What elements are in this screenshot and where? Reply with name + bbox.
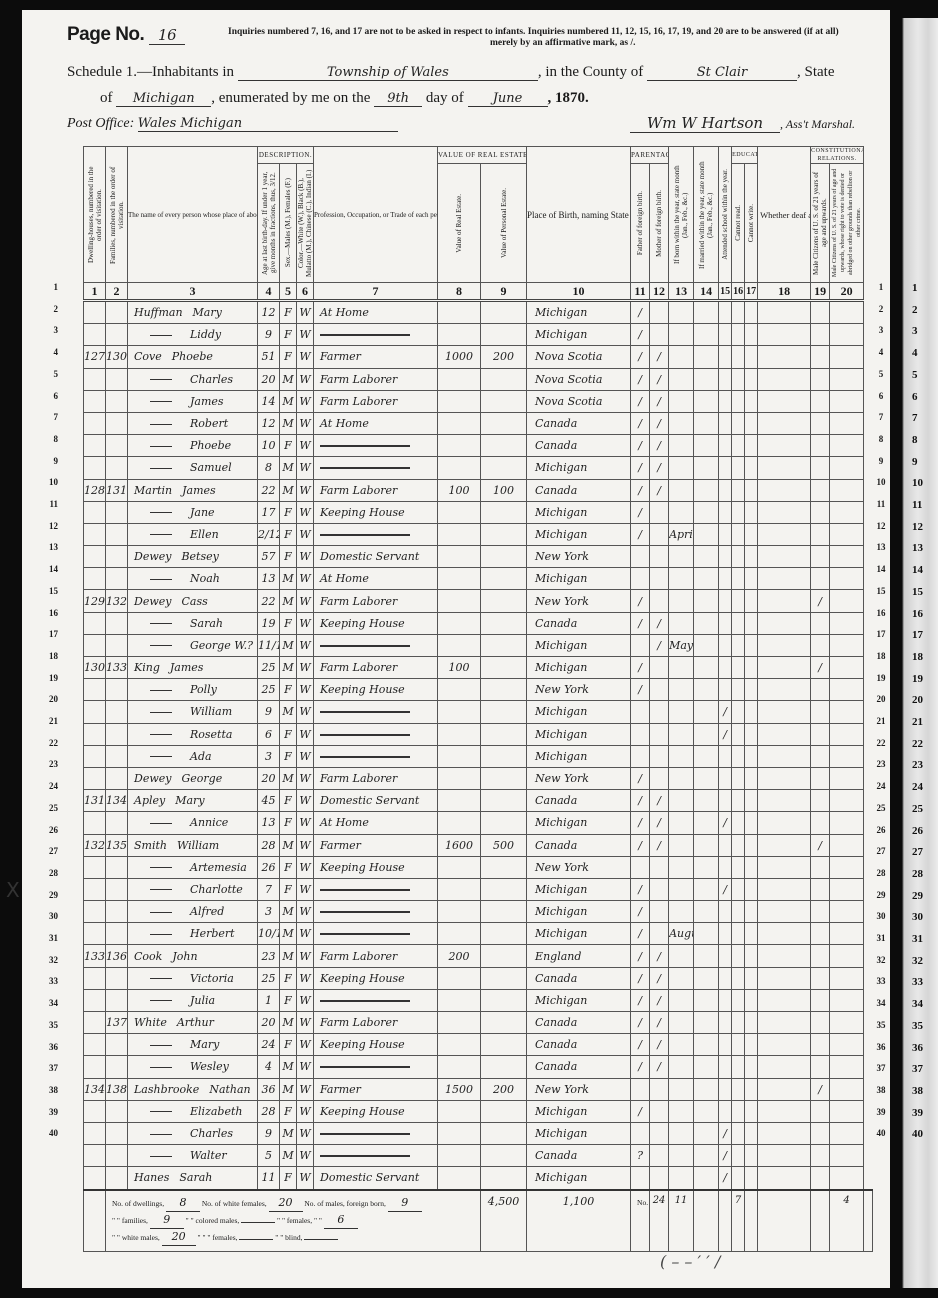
sex-cell: M [280,1122,297,1144]
bottom-scribble: ( – – ′ ′ / [660,1252,720,1271]
given-name: Artemesia [190,861,247,874]
real-estate-value [438,923,481,945]
cannot-read-mark [732,634,745,656]
surname [150,712,172,713]
vote-denied-mark [830,967,864,989]
table-row: Samuel8MWMichigan// [84,457,873,479]
citizen-mark [811,790,830,812]
dwelling-number [84,612,106,634]
condition-cell [758,1167,811,1190]
citizen-mark [811,501,830,523]
surname [150,756,172,757]
father-foreign-mark: / [631,1056,650,1078]
summary-blank [811,1190,830,1252]
born-month-cell: August [669,923,694,945]
vote-denied-mark [830,612,864,634]
dwelling-number [84,767,106,789]
married-month-cell [694,435,719,457]
dwelling-number [84,923,106,945]
insane-label: No. of insane, [637,1198,650,1207]
adjacent-line-number: 27 [912,846,923,858]
mother-foreign-mark: / [650,945,669,967]
family-number [106,523,128,545]
dwelling-number [84,1145,106,1167]
table-row: Elizabeth28FWKeeping HouseMichigan/ [84,1100,873,1122]
school-mark [719,1012,732,1034]
born-month-cell [669,301,694,324]
family-number: 138 [106,1078,128,1100]
given-name: Mary [175,794,204,807]
school-mark [719,945,732,967]
cannot-read-mark [732,1078,745,1100]
occupation-cell: Keeping House [314,1034,438,1056]
col-header-dwelling: Dwelling-houses, numbered in the order o… [84,147,106,283]
given-name: Jane [190,506,215,519]
cannot-write-mark [745,501,758,523]
mother-foreign-mark [650,501,669,523]
family-number [106,1145,128,1167]
color-cell: W [297,945,314,967]
condition-cell [758,901,811,923]
vote-denied-mark [830,301,864,324]
vote-denied-mark [830,390,864,412]
born-month-cell [669,412,694,434]
vote-denied-mark [830,634,864,656]
color-cell: W [297,989,314,1011]
condition-cell [758,723,811,745]
dwelling-number: 133 [84,945,106,967]
table-row: 129132DeweyCass22MWFarm LaborerNew York/… [84,590,873,612]
color-cell: W [297,435,314,457]
adjacent-line-number: 18 [912,651,923,663]
adjacent-line-number: 13 [912,542,923,554]
mother-foreign-mark [650,590,669,612]
surname [150,912,172,913]
vote-denied-mark [830,523,864,545]
line-number-right: 16 [873,608,889,618]
cannot-write-mark [745,590,758,612]
born-month-cell [669,723,694,745]
person-name: Robert [128,412,258,434]
age-cell: 19 [258,612,280,634]
foreign-males-value: 9 [388,1195,422,1212]
line-number-right: 22 [873,738,889,748]
cannot-read-mark [732,856,745,878]
occupation-cell [314,324,438,346]
condition-cell [758,878,811,900]
occupation-cell [314,989,438,1011]
birthplace-cell: Canada [527,435,631,457]
table-row: Polly25FWKeeping HouseNew York/ [84,679,873,701]
person-name: James [128,390,258,412]
given-name: Betsey [181,550,218,563]
mother-foreign-mark: / [650,812,669,834]
vote-denied-mark [830,767,864,789]
citizen-mark [811,945,830,967]
cannot-write-mark [745,612,758,634]
condition-cell [758,812,811,834]
father-foreign-mark [631,723,650,745]
line-number-right: 32 [873,955,889,965]
school-mark [719,901,732,923]
real-estate-value [438,412,481,434]
dwelling-number [84,1100,106,1122]
given-name: Charles [190,1127,233,1140]
occupation-blank-line [320,1000,410,1002]
line-number-left: 31 [38,933,58,943]
table-row: Phoebe10FWCanada// [84,435,873,457]
birthplace-cell: Michigan [527,745,631,767]
age-cell: 17 [258,501,280,523]
born-month-cell [669,612,694,634]
adjacent-line-number: 26 [912,825,923,837]
given-name: Mary [193,306,222,319]
line-number-left: 1 [38,282,58,292]
school-mark [719,390,732,412]
mother-foreign-mark [650,301,669,324]
table-row: Charles9MWMichigan/ [84,1122,873,1144]
surname [150,446,172,447]
sex-cell: F [280,790,297,812]
occupation-cell: Keeping House [314,856,438,878]
color-cell: W [297,1100,314,1122]
surname: Lashbrooke [134,1083,199,1096]
born-month-cell [669,767,694,789]
dwelling-number [84,523,106,545]
citizen-mark [811,878,830,900]
birthplace-cell: Michigan [527,523,631,545]
real-estate-value: 1000 [438,346,481,368]
person-name: Liddy [128,324,258,346]
marshal-title: , Ass't Marshal. [780,117,855,131]
cannot-read-mark [732,679,745,701]
dwelling-number: 127 [84,346,106,368]
family-number [106,878,128,900]
given-name: James [170,661,204,674]
family-number [106,812,128,834]
cannot-read-mark [732,457,745,479]
personal-estate-value [481,878,527,900]
color-cell: W [297,412,314,434]
mother-foreign-mark: / [650,834,669,856]
color-cell: W [297,923,314,945]
personal-estate-value [481,324,527,346]
person-name: George W.? [128,634,258,656]
real-estate-value: 200 [438,945,481,967]
dwelling-number [84,812,106,834]
birthplace-cell: Michigan [527,568,631,590]
cannot-write-mark [745,346,758,368]
table-row: Rosetta6FWMichigan/ [84,723,873,745]
father-foreign-mark: / [631,412,650,434]
married-month-cell [694,1122,719,1144]
adjacent-line-number: 23 [912,759,923,771]
col-header-cannot-read: Cannot read. [732,164,745,283]
cannot-write-mark [745,1122,758,1144]
line-number-right: 37 [873,1063,889,1073]
citizen-mark [811,523,830,545]
citizen-mark [811,390,830,412]
cannot-read-mark [732,546,745,568]
col-number: 7 [314,283,438,301]
col-number: 11 [631,283,650,301]
sex-cell: F [280,501,297,523]
line-number-left: 15 [38,586,58,596]
given-name: Robert [190,417,228,430]
adjacent-line-number: 10 [912,477,923,489]
col-header-age: Age at last birth-day. If under 1 year, … [258,164,280,283]
cannot-read-mark [732,390,745,412]
table-row: 132135SmithWilliam28MWFarmer1600500Canad… [84,834,873,856]
given-name: Alfred [190,905,224,918]
surname [150,512,172,513]
age-cell: 7 [258,878,280,900]
sex-cell: F [280,679,297,701]
col-number: 20 [830,283,864,301]
day-value: 9th [374,91,422,107]
occupation-cell [314,435,438,457]
birthplace-cell: New York [527,679,631,701]
citizen-mark [811,901,830,923]
line-number-left: 6 [38,391,58,401]
sex-cell: M [280,945,297,967]
school-mark [719,834,732,856]
father-foreign-mark: / [631,657,650,679]
given-name: Annice [190,816,228,829]
birthplace-cell: Michigan [527,1100,631,1122]
age-cell: 9 [258,701,280,723]
occupation-cell [314,634,438,656]
line-number-right: 3 [873,325,889,335]
line-number-right: 1 [873,282,889,292]
father-foreign-mark: / [631,1034,650,1056]
birthplace-cell: Canada [527,1012,631,1034]
cannot-write-mark [745,479,758,501]
color-cell: W [297,790,314,812]
col-number: 14 [694,283,719,301]
married-month-cell [694,1100,719,1122]
line-number-right: 18 [873,651,889,661]
vote-denied-mark [830,834,864,856]
occupation-blank-line [320,889,410,891]
real-estate-value [438,501,481,523]
sex-cell: F [280,435,297,457]
col-number: 1 [84,283,106,301]
color-cell: W [297,701,314,723]
occupation-cell [314,1145,438,1167]
cannot-write-mark [745,457,758,479]
col-header-color: Color.—White (W.), Black (B.), Mulatto (… [297,164,314,283]
occupation-cell [314,523,438,545]
personal-estate-value [481,390,527,412]
adjacent-line-number: 31 [912,933,923,945]
sex-cell: M [280,1056,297,1078]
col-group-constitutional: CONSTITUTIONAL RELATIONS. [811,147,864,164]
birthplace-cell: Canada [527,612,631,634]
occupation-blank-line [320,711,410,713]
mother-foreign-mark [650,679,669,701]
father-foreign-mark [631,701,650,723]
birthplace-cell: New York [527,1078,631,1100]
married-month-cell [694,723,719,745]
table-row: 128131MartinJames22MWFarm Laborer100100C… [84,479,873,501]
school-mark [719,1100,732,1122]
col-header-sex: Sex.—Males (M.), Females (F.) [280,164,297,283]
condition-cell [758,457,811,479]
age-cell: 20 [258,767,280,789]
cannot-write-mark [745,812,758,834]
condition-cell [758,523,811,545]
born-month-cell [669,435,694,457]
table-row: DeweyBetsey57FWDomestic ServantNew York [84,546,873,568]
father-foreign-mark: / [631,346,650,368]
occupation-cell: Farmer [314,1078,438,1100]
summary-blank [719,1190,732,1252]
cannot-read-mark [732,324,745,346]
occupation-cell: Farm Laborer [314,590,438,612]
age-cell: 9 [258,324,280,346]
born-month-cell [669,1145,694,1167]
citizen-mark [811,745,830,767]
married-month-cell [694,967,719,989]
vote-denied-mark [830,1012,864,1034]
age-cell: 2/12 [258,523,280,545]
family-number [106,301,128,324]
birthplace-cell: Michigan [527,989,631,1011]
cannot-read-mark [732,657,745,679]
line-number-left: 13 [38,542,58,552]
col-number: 16 [732,283,745,301]
line-number-left: 21 [38,716,58,726]
dwelling-number [84,679,106,701]
dwelling-number [84,412,106,434]
father-foreign-mark: / [631,1012,650,1034]
cannot-write-mark [745,989,758,1011]
family-number [106,723,128,745]
sex-cell: F [280,878,297,900]
real-estate-value [438,301,481,324]
line-number-left: 23 [38,759,58,769]
occupation-cell: Farm Laborer [314,945,438,967]
real-estate-value [438,612,481,634]
surname: Huffman [134,306,183,319]
schedule-prefix: Schedule 1.—Inhabitants in [67,64,234,80]
person-name: Wesley [128,1056,258,1078]
summary-blank [694,1190,719,1252]
age-cell: 57 [258,546,280,568]
born-month-cell [669,745,694,767]
line-number-left: 8 [38,434,58,444]
personal-estate-value [481,790,527,812]
sex-cell: M [280,923,297,945]
person-name: Annice [128,812,258,834]
sex-cell: F [280,1100,297,1122]
cannot-read-mark [732,412,745,434]
surname: Dewey [134,550,171,563]
given-name: James [190,395,224,408]
personal-estate-value [481,1056,527,1078]
occupation-cell: Farm Laborer [314,657,438,679]
age-cell: 22 [258,590,280,612]
occupation-blank-line [320,334,410,336]
white-females-label: No. of white females, [202,1199,267,1208]
married-month-cell [694,767,719,789]
adjacent-line-number: 30 [912,911,923,923]
occupation-blank-line [320,445,410,447]
person-name: CovePhoebe [128,346,258,368]
condition-cell [758,989,811,1011]
col-group-description: DESCRIPTION. [258,147,314,164]
summary-blank [84,1190,106,1252]
citizen-mark [811,301,830,324]
personal-estate-value [481,1034,527,1056]
vote-denied-mark [830,479,864,501]
line-number-left: 32 [38,955,58,965]
school-mark: / [719,878,732,900]
born-month-cell: April [669,523,694,545]
married-month-cell [694,1012,719,1034]
vote-denied-mark [830,901,864,923]
line-number-left: 19 [38,673,58,683]
vote-denied-mark [830,346,864,368]
real-estate-value: 1500 [438,1078,481,1100]
school-mark [719,745,732,767]
given-name: Julia [190,994,215,1007]
table-row: Charles20MWFarm LaborerNova Scotia// [84,368,873,390]
color-cell: W [297,368,314,390]
personal-estate-value: 500 [481,834,527,856]
father-foreign-mark: / [631,945,650,967]
mother-foreign-mark: / [650,612,669,634]
born-month-cell [669,834,694,856]
occupation-blank-line [320,756,410,758]
cannot-write-mark [745,1167,758,1190]
surname [150,690,172,691]
person-name: Herbert [128,923,258,945]
sex-cell: M [280,701,297,723]
birthplace-cell: Nova Scotia [527,346,631,368]
occupation-blank-line [320,645,410,647]
cannot-read-mark [732,767,745,789]
state-value: Michigan [116,91,211,107]
personal-estate-value [481,901,527,923]
age-cell: 11/12 [258,634,280,656]
married-month-cell [694,390,719,412]
foreign-males-label: No. of males, foreign born, [304,1199,385,1208]
real-estate-value: 1600 [438,834,481,856]
color-cell: W [297,546,314,568]
table-row: 131134ApleyMary45FWDomestic ServantCanad… [84,790,873,812]
total-mother-foreign: 11 [669,1190,694,1252]
occupation-blank-line [320,734,410,736]
cannot-read-mark [732,1100,745,1122]
surname [150,889,172,890]
color-cell: W [297,856,314,878]
personal-estate-value [481,856,527,878]
table-row: Annice13FWAt HomeMichigan/// [84,812,873,834]
citizen-mark [811,1122,830,1144]
census-table: Dwelling-houses, numbered in the order o… [83,146,873,1252]
person-name: SmithWilliam [128,834,258,856]
condition-cell [758,767,811,789]
cannot-write-mark [745,945,758,967]
occupation-cell [314,1122,438,1144]
adjacent-line-number: 24 [912,781,923,793]
school-mark [719,590,732,612]
surname [150,1067,172,1068]
adjacent-line-number: 7 [912,412,918,424]
dwelling-number [84,390,106,412]
